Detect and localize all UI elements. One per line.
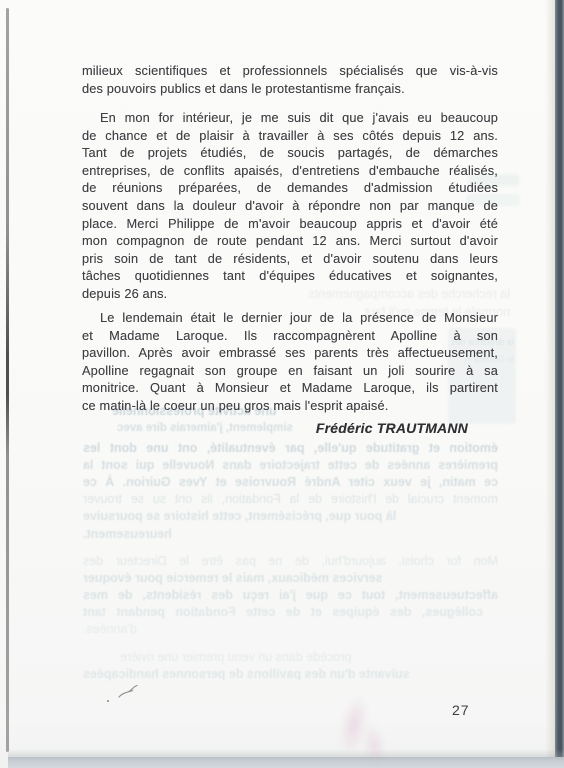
text-line: place. Merci Philippe de m'avoir beaucou… <box>82 215 498 233</box>
text-line: tâches quotidiennes tant d'équipes éduca… <box>82 267 498 285</box>
bleed-through-line: collègues, des équipes et de cette Fonda… <box>83 604 483 621</box>
bleed-through-line: moment crucial de l'histoire de la Fonda… <box>83 491 498 508</box>
text-line: Tant de projets étudiés, de soucis parta… <box>82 144 498 162</box>
bleed-through-line: Mon for choisi, aujourd'hui, de ne pas ê… <box>83 553 498 570</box>
text-line: ce matin-là le coeur un peu gros mais l'… <box>82 397 498 415</box>
text-line: Apolline regagnait son groupe en faisant… <box>82 362 498 380</box>
text-line: pavillon. Après avoir embrassé ses paren… <box>82 344 498 362</box>
bleed-through-line: ce matin, je veux citer André Rouvroise … <box>83 474 498 491</box>
text-line: et Madame Laroque. Ils raccompagnèrent A… <box>82 327 498 345</box>
text-line: mon compagnon de route pendant 12 ans. M… <box>82 232 498 250</box>
pencil-mark <box>116 683 142 701</box>
bleed-through-line: d'années. <box>83 621 137 638</box>
text-line: depuis 26 ans. <box>82 285 498 303</box>
text-line: des pouvoirs publics et dans le protesta… <box>82 80 498 98</box>
bleed-through-line: là pour que, précisément, cette histoire… <box>83 508 396 525</box>
text-line: En mon for intérieur, je me suis dit que… <box>82 109 498 127</box>
bleed-through-line: émotion et gratitude qu'elle, par éventu… <box>83 440 498 457</box>
bleed-through-line: heureusement. <box>83 526 172 543</box>
author-signature: Frédéric TRAUTMANN <box>82 420 498 436</box>
text-line: de réunions préparées, de demandes d'adm… <box>82 179 498 197</box>
text-line: monitrice. Quant à Monsieur et Madame La… <box>82 379 498 397</box>
bleed-through-line: suivante d'un des pavillons de personnes… <box>83 666 410 683</box>
bleed-through-line: affectueusement, tout ce que j'ai reçu d… <box>83 587 498 604</box>
text-line: de chance et de plaisir à travailler à s… <box>82 127 498 145</box>
text-line: entreprises, de conflits apaisés, d'entr… <box>82 162 498 180</box>
scanned-page: la recherche des accompagnements normale… <box>0 0 564 768</box>
bleed-through-line: procède dans un venu premier une rivière <box>120 649 351 666</box>
text-line: milieux scientifiques et professionnels … <box>82 62 498 80</box>
ink-speck <box>107 700 109 702</box>
scan-edge-left <box>6 8 9 752</box>
bleed-through-line: services médicaux, mais le remercie pour… <box>83 570 382 587</box>
text-line: souvent dans la douleur d'avoir à répond… <box>82 197 498 215</box>
scan-edge-bottom <box>8 757 564 768</box>
scan-edge-right <box>555 0 564 768</box>
scan-edge-bottom-shadow <box>8 749 564 757</box>
bleed-through-line: premières années de cette trajectoire da… <box>83 457 498 474</box>
text-line: pris soin de tant de résidents, et d'avo… <box>82 250 498 268</box>
paragraph: milieux scientifiques et professionnels … <box>82 62 498 97</box>
paragraph: Le lendemain était le dernier jour de la… <box>82 309 498 415</box>
page-number: 27 <box>452 702 470 718</box>
paragraph: En mon for intérieur, je me suis dit que… <box>82 109 498 303</box>
page-curl-shading <box>545 0 555 768</box>
text-line: Le lendemain était le dernier jour de la… <box>82 309 498 327</box>
